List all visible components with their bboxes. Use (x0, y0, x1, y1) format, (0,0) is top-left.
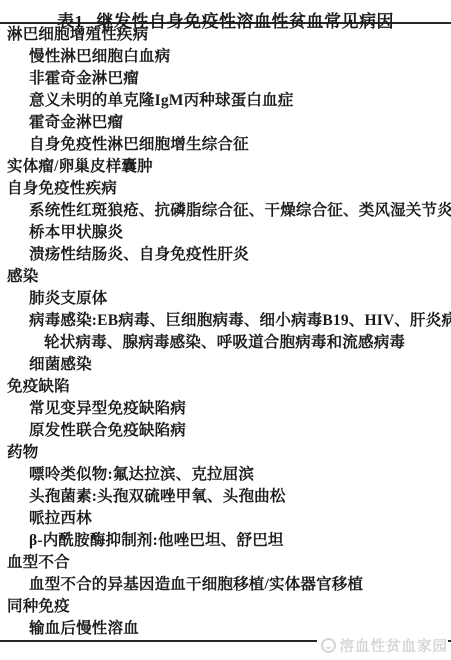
table-row: 轮状病毒、腺病毒感染、呼吸道合胞病毒和流感病毒 (0, 332, 451, 354)
table-row: 同种免疫 (0, 596, 451, 618)
table-document: 表1继发性自身免疫性溶血性贫血常见病因 淋巴细胞增殖性疾病慢性淋巴细胞白血病非霍… (0, 0, 451, 660)
watermark: 溶血性贫血家园 (317, 635, 449, 656)
table-body: 淋巴细胞增殖性疾病慢性淋巴细胞白血病非霍奇金淋巴瘤意义未明的单克隆IgM丙种球蛋… (0, 24, 451, 640)
table-row: 自身免疫性疾病 (0, 178, 451, 200)
table-row: 感染 (0, 266, 451, 288)
watermark-text: 溶血性贫血家园 (340, 635, 449, 656)
table-row: 自身免疫性淋巴细胞增生综合征 (0, 134, 451, 156)
table-row: 实体瘤/卵巢皮样囊肿 (0, 156, 451, 178)
table-row: 药物 (0, 442, 451, 464)
table-row: 慢性淋巴细胞白血病 (0, 46, 451, 68)
table-row: 肺炎支原体 (0, 288, 451, 310)
table-row: 意义未明的单克隆IgM丙种球蛋白血症 (0, 90, 451, 112)
table-row: 细菌感染 (0, 354, 451, 376)
table-row: 头孢菌素:头孢双硫唑甲氧、头孢曲松 (0, 486, 451, 508)
table-row: 血型不合 (0, 552, 451, 574)
table-row: 霍奇金淋巴瘤 (0, 112, 451, 134)
table-row: 免疫缺陷 (0, 376, 451, 398)
table-row: 嘌呤类似物:氟达拉滨、克拉屈滨 (0, 464, 451, 486)
table-title: 表1继发性自身免疫性溶血性贫血常见病因 (0, 0, 451, 22)
table-row: 病毒感染:EB病毒、巨细胞病毒、细小病毒B19、HIV、肝炎病毒、 (0, 310, 451, 332)
table-row: 哌拉西林 (0, 508, 451, 530)
table-row: 原发性联合免疫缺陷病 (0, 420, 451, 442)
table-row: 常见变异型免疫缺陷病 (0, 398, 451, 420)
table-row: 桥本甲状腺炎 (0, 222, 451, 244)
table-row: β-内酰胺酶抑制剂:他唑巴坦、舒巴坦 (0, 530, 451, 552)
table-row: 系统性红斑狼疮、抗磷脂综合征、干燥综合征、类风湿关节炎 (0, 200, 451, 222)
table-row: 血型不合的异基因造血干细胞移植/实体器官移植 (0, 574, 451, 596)
table-row: 非霍奇金淋巴瘤 (0, 68, 451, 90)
watermark-logo-icon (321, 638, 336, 653)
table-row: 溃疡性结肠炎、自身免疫性肝炎 (0, 244, 451, 266)
